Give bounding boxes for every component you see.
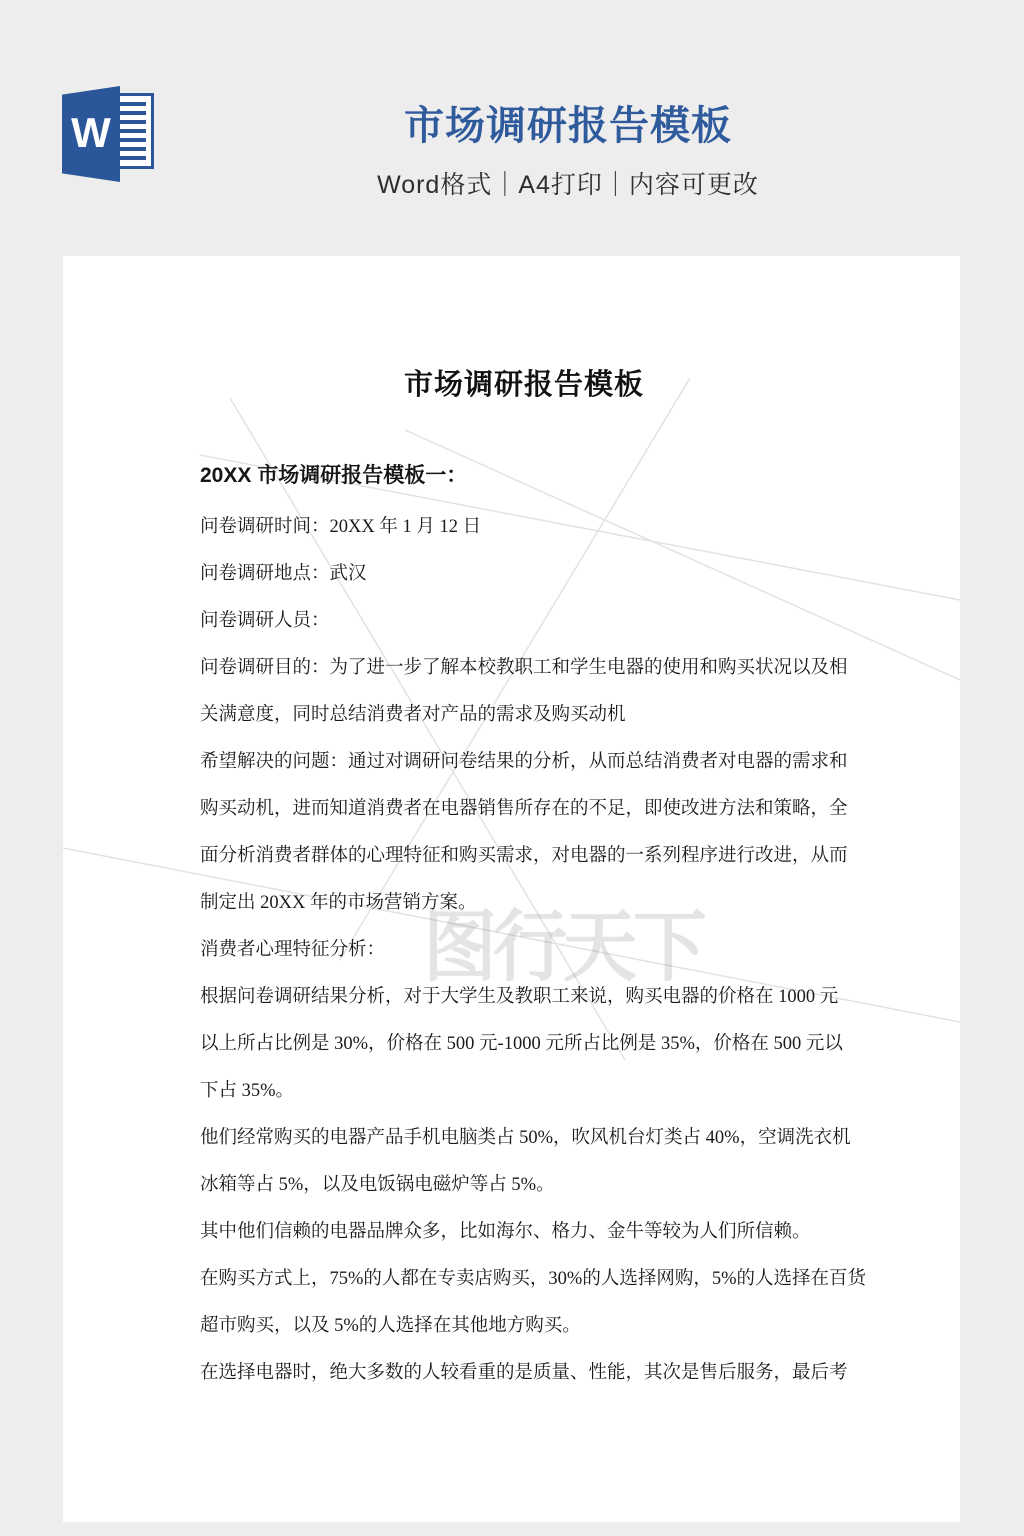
body-line: 根据问卷调研结果分析，对于大学生及教职工来说，购买电器的价格在 1000 元	[200, 974, 848, 1021]
body-line: 制定出 20XX 年的市场营销方案。	[200, 880, 848, 927]
section-heading: 20XX 市场调研报告模板一：	[200, 464, 848, 488]
body-line: 问卷调研地点：武汉	[200, 551, 848, 598]
body-line: 问卷调研目的：为了进一步了解本校教职工和学生电器的使用和购买状况以及相	[200, 645, 848, 692]
body-line: 他们经常购买的电器产品手机电脑类占 50%，吹风机台灯类占 40%，空调洗衣机	[200, 1115, 848, 1162]
document-page: 图行天下 市场调研报告模板 20XX 市场调研报告模板一： 问卷调研时间：20X…	[63, 256, 960, 1522]
document-title: 市场调研报告模板	[200, 362, 848, 403]
body-line: 购买动机，进而知道消费者在电器销售所存在的不足，即使改进方法和策略，全	[200, 786, 848, 833]
screenshot-root: W 市场调研报告模板 Word格式｜A4打印｜内容可更改 图行天下 市场调研报告…	[0, 0, 1024, 1536]
body-line: 希望解决的问题：通过对调研问卷结果的分析，从而总结消费者对电器的需求和	[200, 739, 848, 786]
header-text-block: 市场调研报告模板 Word格式｜A4打印｜内容可更改	[112, 0, 1024, 201]
body-line: 冰箱等占 5%，以及电饭锅电磁炉等占 5%。	[200, 1162, 848, 1209]
body-line: 消费者心理特征分析：	[200, 927, 848, 974]
template-subtitle: Word格式｜A4打印｜内容可更改	[112, 165, 1024, 201]
header-banner: W 市场调研报告模板 Word格式｜A4打印｜内容可更改	[0, 0, 1024, 256]
body-line: 下占 35%。	[200, 1068, 848, 1115]
template-title: 市场调研报告模板	[112, 94, 1024, 151]
word-icon-letter: W	[71, 109, 111, 157]
body-line: 问卷调研时间：20XX 年 1 月 12 日	[200, 504, 848, 551]
body-line: 在购买方式上，75%的人都在专卖店购买，30%的人选择网购，5%的人选择在百货	[200, 1256, 848, 1303]
body-line: 在选择电器时，绝大多数的人较看重的是质量、性能，其次是售后服务，最后考	[200, 1350, 848, 1397]
body-line: 以上所占比例是 30%，价格在 500 元-1000 元所占比例是 35%，价格…	[200, 1021, 848, 1068]
body-line: 其中他们信赖的电器品牌众多，比如海尔、格力、金牛等较为人们所信赖。	[200, 1209, 848, 1256]
document-body: 问卷调研时间：20XX 年 1 月 12 日 问卷调研地点：武汉 问卷调研人员：…	[200, 504, 848, 1397]
body-line: 面分析消费者群体的心理特征和购买需求，对电器的一系列程序进行改进，从而	[200, 833, 848, 880]
body-line: 问卷调研人员：	[200, 598, 848, 645]
body-line: 关满意度，同时总结消费者对产品的需求及购买动机	[200, 692, 848, 739]
body-line: 超市购买，以及 5%的人选择在其他地方购买。	[200, 1303, 848, 1350]
document-content: 市场调研报告模板 20XX 市场调研报告模板一： 问卷调研时间：20XX 年 1…	[200, 256, 848, 1522]
